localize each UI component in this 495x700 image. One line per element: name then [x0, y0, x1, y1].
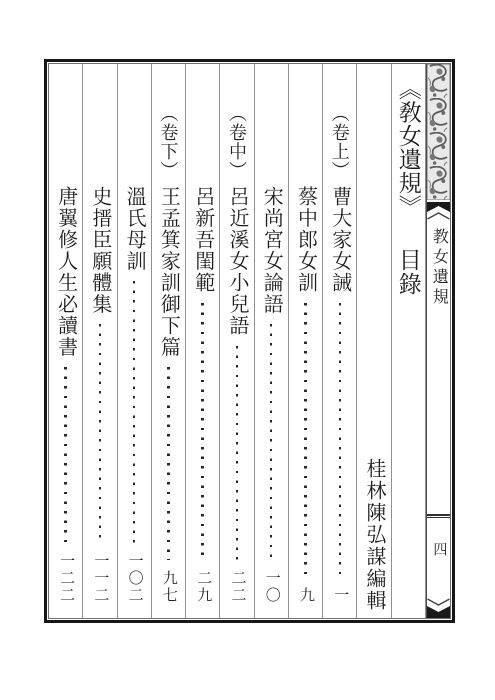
page-frame-inner: 唐翼修人生必讀書 一二二 史搢臣願體集 一一二 溫氏母訓 一〇二 （卷下） 王孟…: [48, 63, 451, 619]
toc-column: 唐翼修人生必讀書 一二二: [49, 64, 83, 618]
entry-page-number: 九: [298, 587, 313, 604]
book-title: 《敎女遺規》: [397, 64, 420, 218]
dot-leader: [64, 367, 67, 543]
entry-title: 唐翼修人生必讀書: [56, 186, 76, 358]
entry-page-number: 二九: [195, 570, 210, 604]
entry-page-number: 一〇二: [127, 553, 142, 604]
fishtail-top-icon: [427, 200, 450, 222]
entry-page-number: 一〇: [264, 570, 279, 604]
toc-column: （卷中） 呂近溪女小兒語 二二: [220, 64, 254, 618]
entry-title: 曹大家女誡: [330, 186, 350, 294]
entry-page-number: 二二: [229, 570, 244, 604]
entry-page-number: 一二二: [58, 553, 73, 604]
editor-name: 桂林陳弘謀編輯: [364, 458, 384, 618]
entry-title: 呂新吾閨範: [193, 186, 213, 294]
entry-title: 宋尚宮女論語: [261, 186, 281, 315]
entry-title: 呂近溪女小兒語: [227, 186, 247, 337]
dot-leader: [133, 281, 136, 543]
entry-title: 史搢臣願體集: [90, 186, 110, 315]
dot-leader: [201, 303, 204, 561]
book-page: 唐翼修人生必讀書 一二二 史搢臣願體集 一一二 溫氏母訓 一〇二 （卷下） 王孟…: [0, 0, 495, 700]
folio-number: 四: [431, 542, 445, 556]
volume-label: （卷上）: [331, 64, 349, 186]
dot-leader: [167, 367, 170, 560]
dot-leader: [339, 303, 342, 578]
volume-label: （卷下）: [159, 64, 177, 186]
editor-column: 桂林陳弘謀編輯: [357, 64, 391, 618]
entry-title: 王孟箕家訓御下篇: [158, 186, 178, 358]
banxin-divider-line: [427, 514, 450, 518]
toc-column: 呂新吾閨範 二九: [186, 64, 220, 618]
dot-leader: [304, 303, 307, 578]
dot-leader: [99, 324, 102, 543]
toc-column: 溫氏母訓 一〇二: [118, 64, 152, 618]
running-title: 教女遺規: [430, 228, 446, 308]
entry-page-number: 一: [332, 587, 347, 604]
fishtail-bottom-icon: [427, 596, 450, 618]
decorative-border-pattern: [427, 64, 450, 200]
volume-label: （卷中）: [228, 64, 246, 186]
entry-page-number: 九七: [161, 570, 176, 604]
page-frame: 唐翼修人生必讀書 一二二 史搢臣願體集 一一二 溫氏母訓 一〇二 （卷下） 王孟…: [44, 59, 455, 623]
toc-column: 史搢臣願體集 一一二: [83, 64, 117, 618]
entry-page-number: 一一二: [92, 553, 107, 604]
banxin-strip: 教女遺規 四: [426, 64, 450, 618]
entry-title: 蔡中郎女訓: [295, 186, 315, 294]
entry-title: 溫氏母訓: [124, 186, 144, 272]
dot-leader: [270, 324, 273, 560]
toc-heading: 目錄: [397, 248, 420, 296]
title-column: 《敎女遺規》 目錄: [392, 64, 426, 618]
toc-column: （卷下） 王孟箕家訓御下篇 九七: [152, 64, 186, 618]
toc-column: （卷上） 曹大家女誡 一: [323, 64, 357, 618]
toc-column: 宋尚宮女論語 一〇: [255, 64, 289, 618]
toc-column: 蔡中郎女訓 九: [289, 64, 323, 618]
dot-leader: [236, 346, 239, 561]
